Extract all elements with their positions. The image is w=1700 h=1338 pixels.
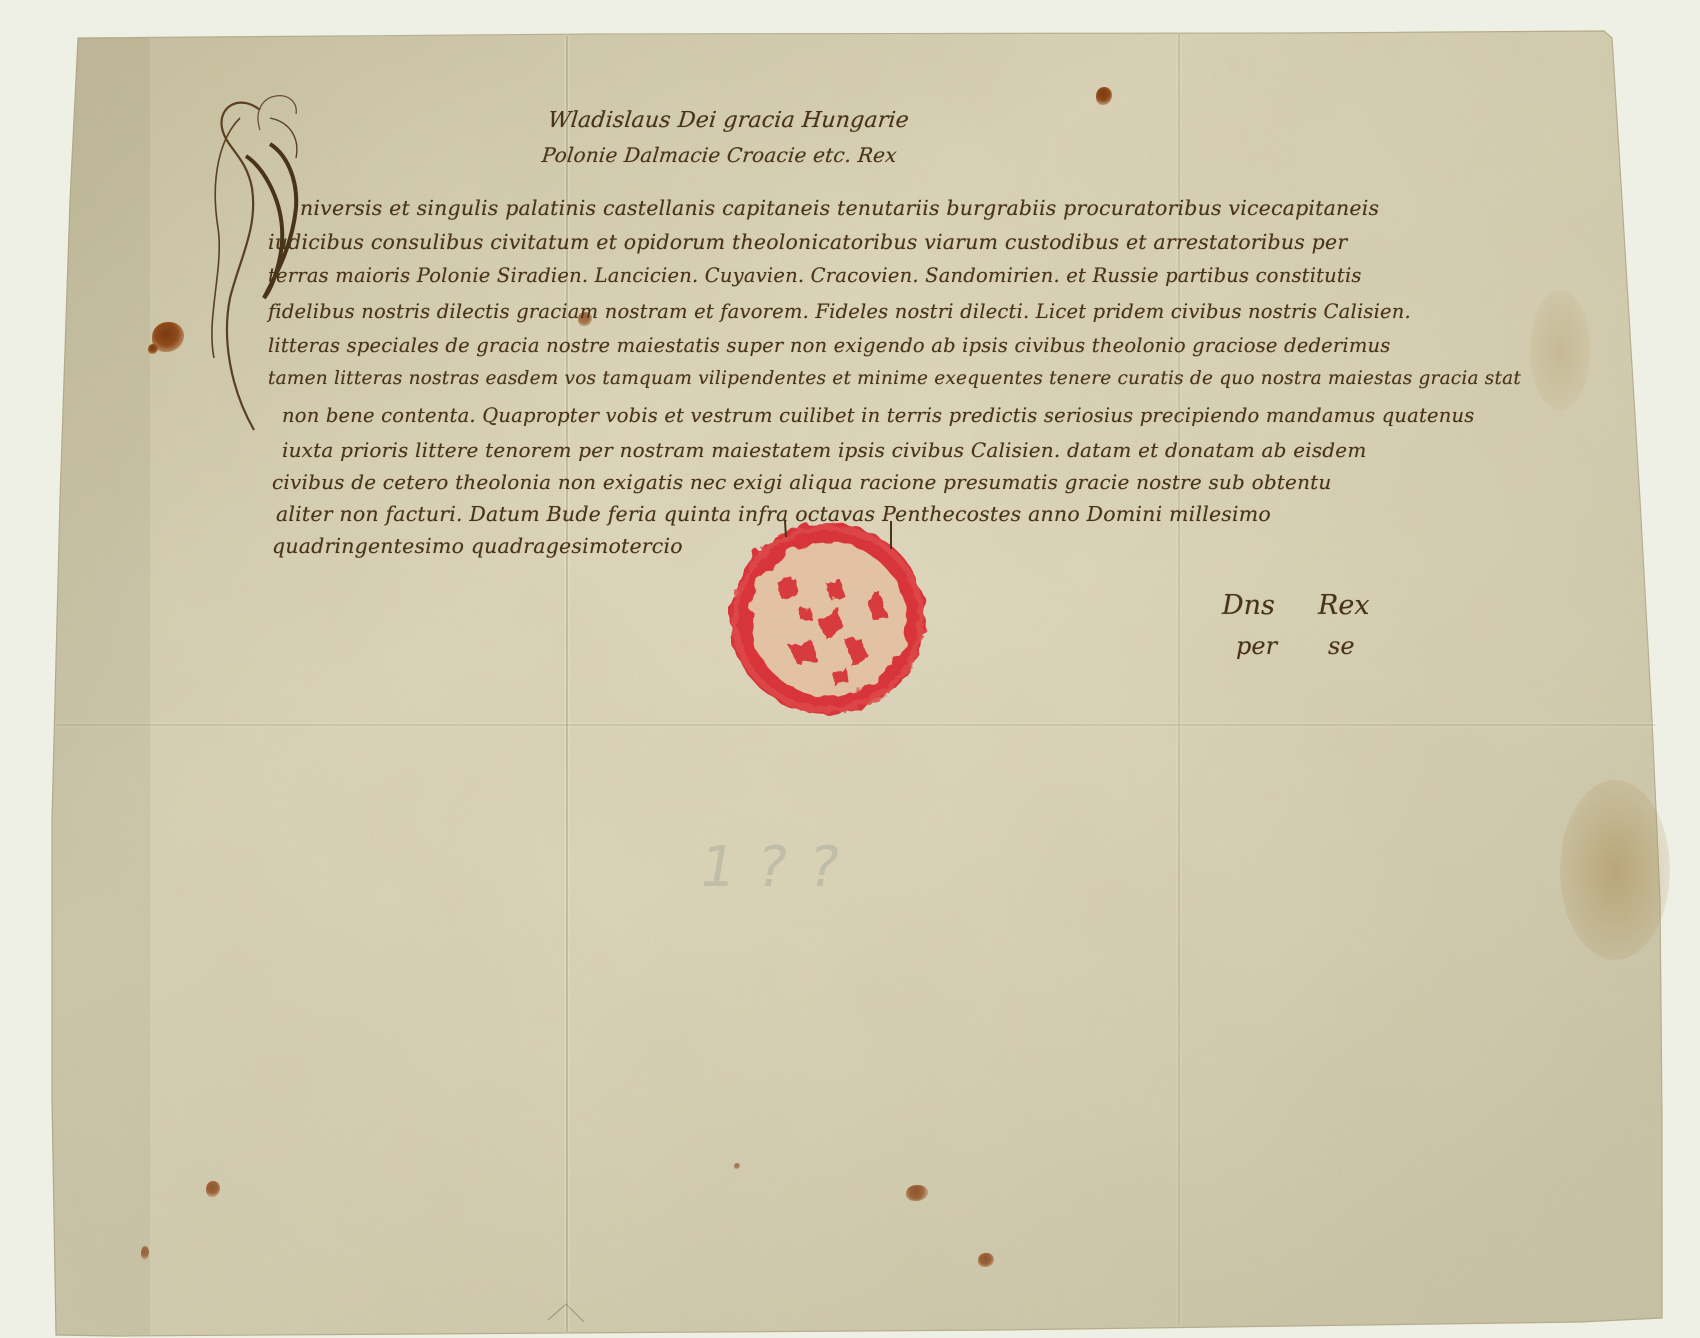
heading-line-2: Polonie Dalmacie Croacie etc. Rex xyxy=(541,143,898,167)
body-line: litteras speciales de gracia nostre maie… xyxy=(268,334,1391,357)
heading-line-1: Wladislaus Dei gracia Hungarie xyxy=(547,108,911,133)
body-line: tamen litteras nostras easdem vos tamqua… xyxy=(268,368,1521,389)
red-wax-seal xyxy=(728,521,928,717)
relatio-note-dns: Dns xyxy=(1222,590,1275,621)
relatio-note-se: se xyxy=(1328,632,1355,660)
flourish xyxy=(240,92,320,132)
fold-line xyxy=(56,724,1656,726)
parchment-sheet: 1?? Wladislaus Dei gracia Hungarie Polon… xyxy=(0,0,1700,1338)
body-line: civibus de cetero theolonia non exigatis… xyxy=(272,470,1332,494)
body-line: terras maioris Polonie Siradien. Lancici… xyxy=(268,264,1362,287)
body-line: niversis et singulis palatinis castellan… xyxy=(300,196,1480,220)
body-line: fidelibus nostris dilectis graciam nostr… xyxy=(268,300,1411,323)
relatio-note-per: per xyxy=(1236,632,1277,660)
fold-line xyxy=(1178,34,1180,1324)
body-line: quadringentesimo quadragesimotercio xyxy=(272,534,683,558)
relatio-note-rex: Rex xyxy=(1318,590,1370,621)
water-stain xyxy=(1530,290,1590,410)
body-line: non bene contenta. Quapropter vobis et v… xyxy=(282,404,1474,427)
body-line: iuxta prioris littere tenorem per nostra… xyxy=(282,438,1367,462)
body-line: iudicibus consulibus civitatum et opidor… xyxy=(268,230,1347,254)
archival-pencil-mark: 1?? xyxy=(694,835,867,900)
water-stain xyxy=(1560,780,1670,960)
